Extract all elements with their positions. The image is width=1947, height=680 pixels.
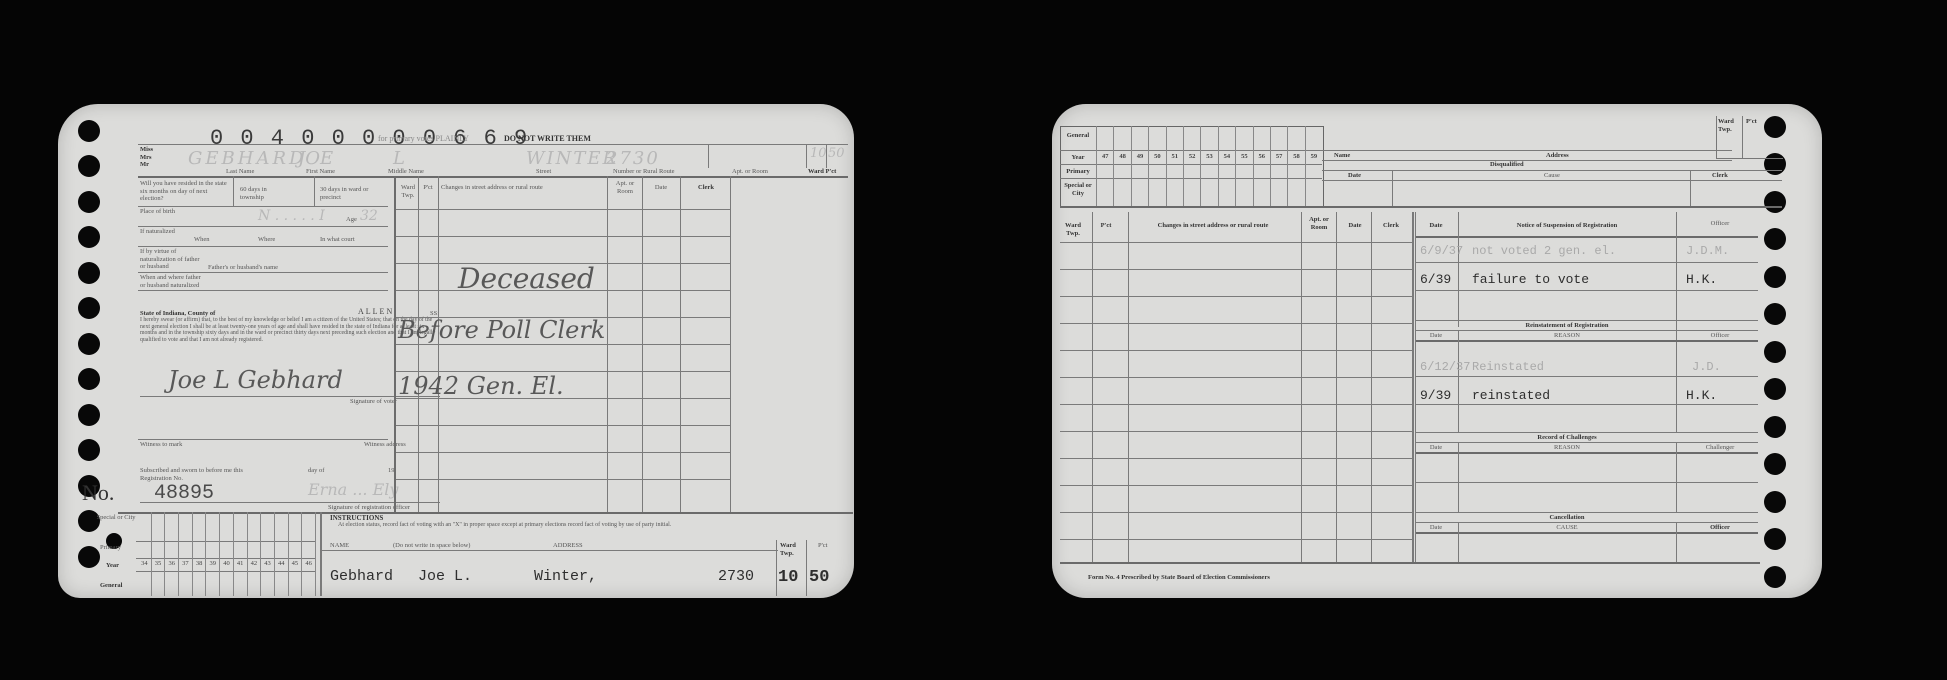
punch-hole (1764, 266, 1786, 288)
number-symbol: No. (82, 480, 114, 506)
reinstatement-officer-1: J.D. (1692, 360, 1721, 374)
registration-card-back: General Year Primary Special or City 47 … (1052, 104, 1822, 598)
punch-hole (78, 191, 100, 213)
header-note: DO NOT WRITE THEM (504, 134, 591, 143)
suspension-date-2: 6/39 (1420, 272, 1451, 287)
reinstatement-date-2: 9/39 (1420, 388, 1451, 403)
punch-hole (78, 120, 100, 142)
suspension-reason-2: failure to vote (1472, 272, 1589, 287)
handwritten-before-poll-clerk: Before Poll Clerk (398, 316, 605, 344)
punch-hole (1764, 453, 1786, 475)
ward-question: 30 days in ward or precinct (320, 186, 380, 201)
age-value: 32 (360, 208, 378, 224)
prefix-labels: MissMrsMr (140, 146, 170, 169)
punch-hole (1764, 191, 1786, 213)
residence-question: Will you have resided in the state six m… (140, 180, 232, 203)
middle-name-value: L (393, 148, 405, 169)
form-footer: Form No. 4 Prescribed by State Board of … (1088, 574, 1270, 582)
suspension-officer-1: J.D.M. (1686, 244, 1729, 258)
reinstatement-officer-2: H.K. (1686, 388, 1717, 403)
cancellation-title: Cancellation (1462, 514, 1672, 522)
street-value: WINTER (526, 148, 618, 169)
punch-hole (1764, 491, 1786, 513)
punch-hole (78, 546, 100, 568)
punch-hole (1764, 303, 1786, 325)
handwritten-election: 1942 Gen. El. (398, 372, 564, 400)
suspension-reason-1: not voted 2 gen. el. (1472, 244, 1616, 258)
handwritten-deceased: Deceased (458, 262, 595, 295)
punch-hole (78, 404, 100, 426)
punch-hole (78, 333, 100, 355)
county-value: ALLEN (358, 307, 394, 316)
voter-signature: Joe L Gebhard (168, 366, 343, 394)
first-name-value: JOE (298, 148, 333, 169)
reinstatement-date-1: 6/12/37 (1420, 360, 1470, 374)
vote-grid-front: 34 35 36 37 38 39 40 41 42 43 44 45 46 (138, 512, 316, 596)
typed-last-name: Gebhard (330, 568, 393, 585)
number-value: 2730 (606, 148, 660, 169)
punch-hole (78, 297, 100, 319)
typed-street: Winter, (534, 568, 597, 585)
suspension-officer-2: H.K. (1686, 272, 1717, 287)
pct-value: 50 (828, 146, 845, 161)
punch-hole (1764, 378, 1786, 400)
challenges-title: Record of Challenges (1462, 434, 1672, 442)
typed-pct: 50 (809, 568, 829, 587)
punch-hole (78, 439, 100, 461)
typed-ward: 10 (778, 568, 798, 587)
punch-hole (78, 226, 100, 248)
typed-first-name: Joe L. (418, 568, 472, 585)
township-question: 60 days in township (240, 186, 292, 201)
typed-number: 2730 (718, 568, 754, 585)
punch-hole (78, 368, 100, 390)
punch-hole (1764, 528, 1786, 550)
suspension-date-1: 6/9/37 (1420, 244, 1463, 258)
instructions-text: At election status, record fact of votin… (338, 522, 778, 529)
punch-hole (78, 155, 100, 177)
suspension-title: Notice of Suspension of Registration (1462, 222, 1672, 230)
ward-value: 10 (810, 146, 827, 161)
punch-hole (78, 262, 100, 284)
punch-hole (1764, 416, 1786, 438)
punch-hole (1764, 228, 1786, 250)
reinstatement-reason-1: Reinstated (1472, 360, 1544, 374)
registration-card-front: 0 0 4 0 0 0 0 0 6 6 9 for primary votes … (58, 104, 854, 598)
last-name-value: GEBHARD (188, 148, 306, 169)
reinstatement-title: Reinstatement of Registration (1462, 322, 1672, 330)
reinstatement-reason-2: reinstated (1472, 388, 1550, 403)
punch-hole (1764, 566, 1786, 588)
header-partial: for primary votes PLAINLY (378, 134, 469, 143)
punch-hole (1764, 341, 1786, 363)
